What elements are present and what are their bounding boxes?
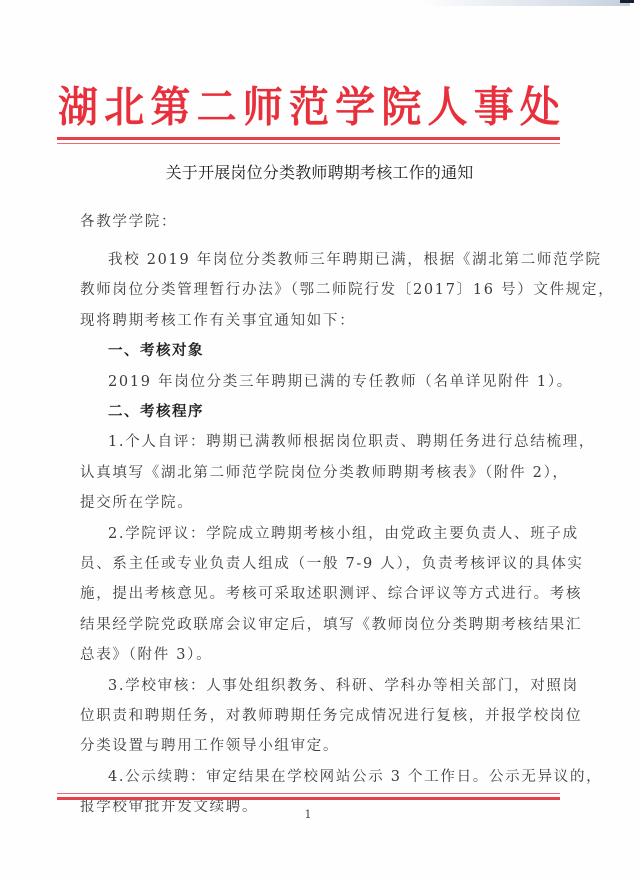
body-line: 施，提出考核意见。考核可采取述职测评、综合评议等方式进行。考核	[80, 584, 538, 604]
section-heading: 二、考核程序	[108, 402, 566, 422]
letterhead-char: 处	[520, 85, 560, 131]
body-line: 2.学院评议：学院成立聘期考核小组，由党政主要负责人、班子成	[108, 524, 566, 544]
scan-artifact-corner	[620, 0, 634, 3]
body-line: 2019 年岗位分类三年聘期已满的专任教师（名单详见附件 1）。	[108, 372, 566, 392]
body-line: 总表》（附件 3）。	[80, 645, 538, 665]
section-heading: 一、考核对象	[108, 341, 566, 361]
body-line: 分类设置与聘用工作领导小组审定。	[80, 736, 538, 756]
letterhead-char: 湖	[58, 85, 98, 131]
letterhead-char: 学	[335, 85, 375, 131]
letterhead-char: 事	[474, 85, 514, 131]
letterhead-title: 湖 北 第 二 师 范 学 院 人 事 处	[58, 86, 560, 130]
body-line: 3.学校审核：人事处组织教务、科研、学科办等相关部门，对照岗	[108, 676, 566, 696]
body-line: 结果经学院党政联席会议审定后，填写《教师岗位分类聘期考核结果汇	[80, 615, 538, 635]
header-rule-thick	[57, 137, 560, 140]
body-line: 位职责和聘期任务，对教师聘期任务完成情况进行复核，并报学校岗位	[80, 706, 538, 726]
letterhead-char: 师	[243, 85, 283, 131]
body-line: 认真填写《湖北第二师范学院岗位分类教师聘期考核表》（附件 2），	[80, 463, 538, 483]
body-line: 我校 2019 年岗位分类教师三年聘期已满，根据《湖北第二师范学院	[108, 250, 566, 270]
body-line: 提交所在学院。	[80, 493, 538, 513]
salutation: 各教学学院：	[80, 212, 538, 232]
letterhead-char: 范	[289, 85, 329, 131]
document-page: 湖 北 第 二 师 范 学 院 人 事 处 关于开展岗位分类教师聘期考核工作的通…	[0, 0, 639, 880]
letterhead-char: 第	[150, 85, 190, 131]
notice-title: 关于开展岗位分类教师聘期考核工作的通知	[0, 160, 639, 183]
page-number: 1	[302, 808, 314, 821]
letterhead-char: 二	[197, 85, 237, 131]
letterhead-char: 人	[428, 85, 468, 131]
scan-artifact	[420, 0, 630, 6]
body-line: 现将聘期考核工作有关事宜通知如下：	[80, 311, 538, 331]
header-rule-thin	[57, 143, 560, 144]
footer-rule-thick	[57, 797, 560, 800]
letterhead-char: 院	[381, 85, 421, 131]
body-line: 员、系主任或专业负责人组成（一般 7-9 人），负责考核评议的具体实	[80, 554, 538, 574]
letterhead-char: 北	[104, 85, 144, 131]
body-line: 教师岗位分类管理暂行办法》（鄂二师院行发〔2017〕16 号）文件规定，	[80, 280, 538, 300]
footer-rule-thin	[57, 793, 560, 794]
body-line: 4.公示续聘：审定结果在学校网站公示 3 个工作日。公示无异议的，	[108, 767, 566, 787]
body-line: 1.个人自评：聘期已满教师根据岗位职责、聘期任务进行总结梳理，	[108, 432, 566, 452]
